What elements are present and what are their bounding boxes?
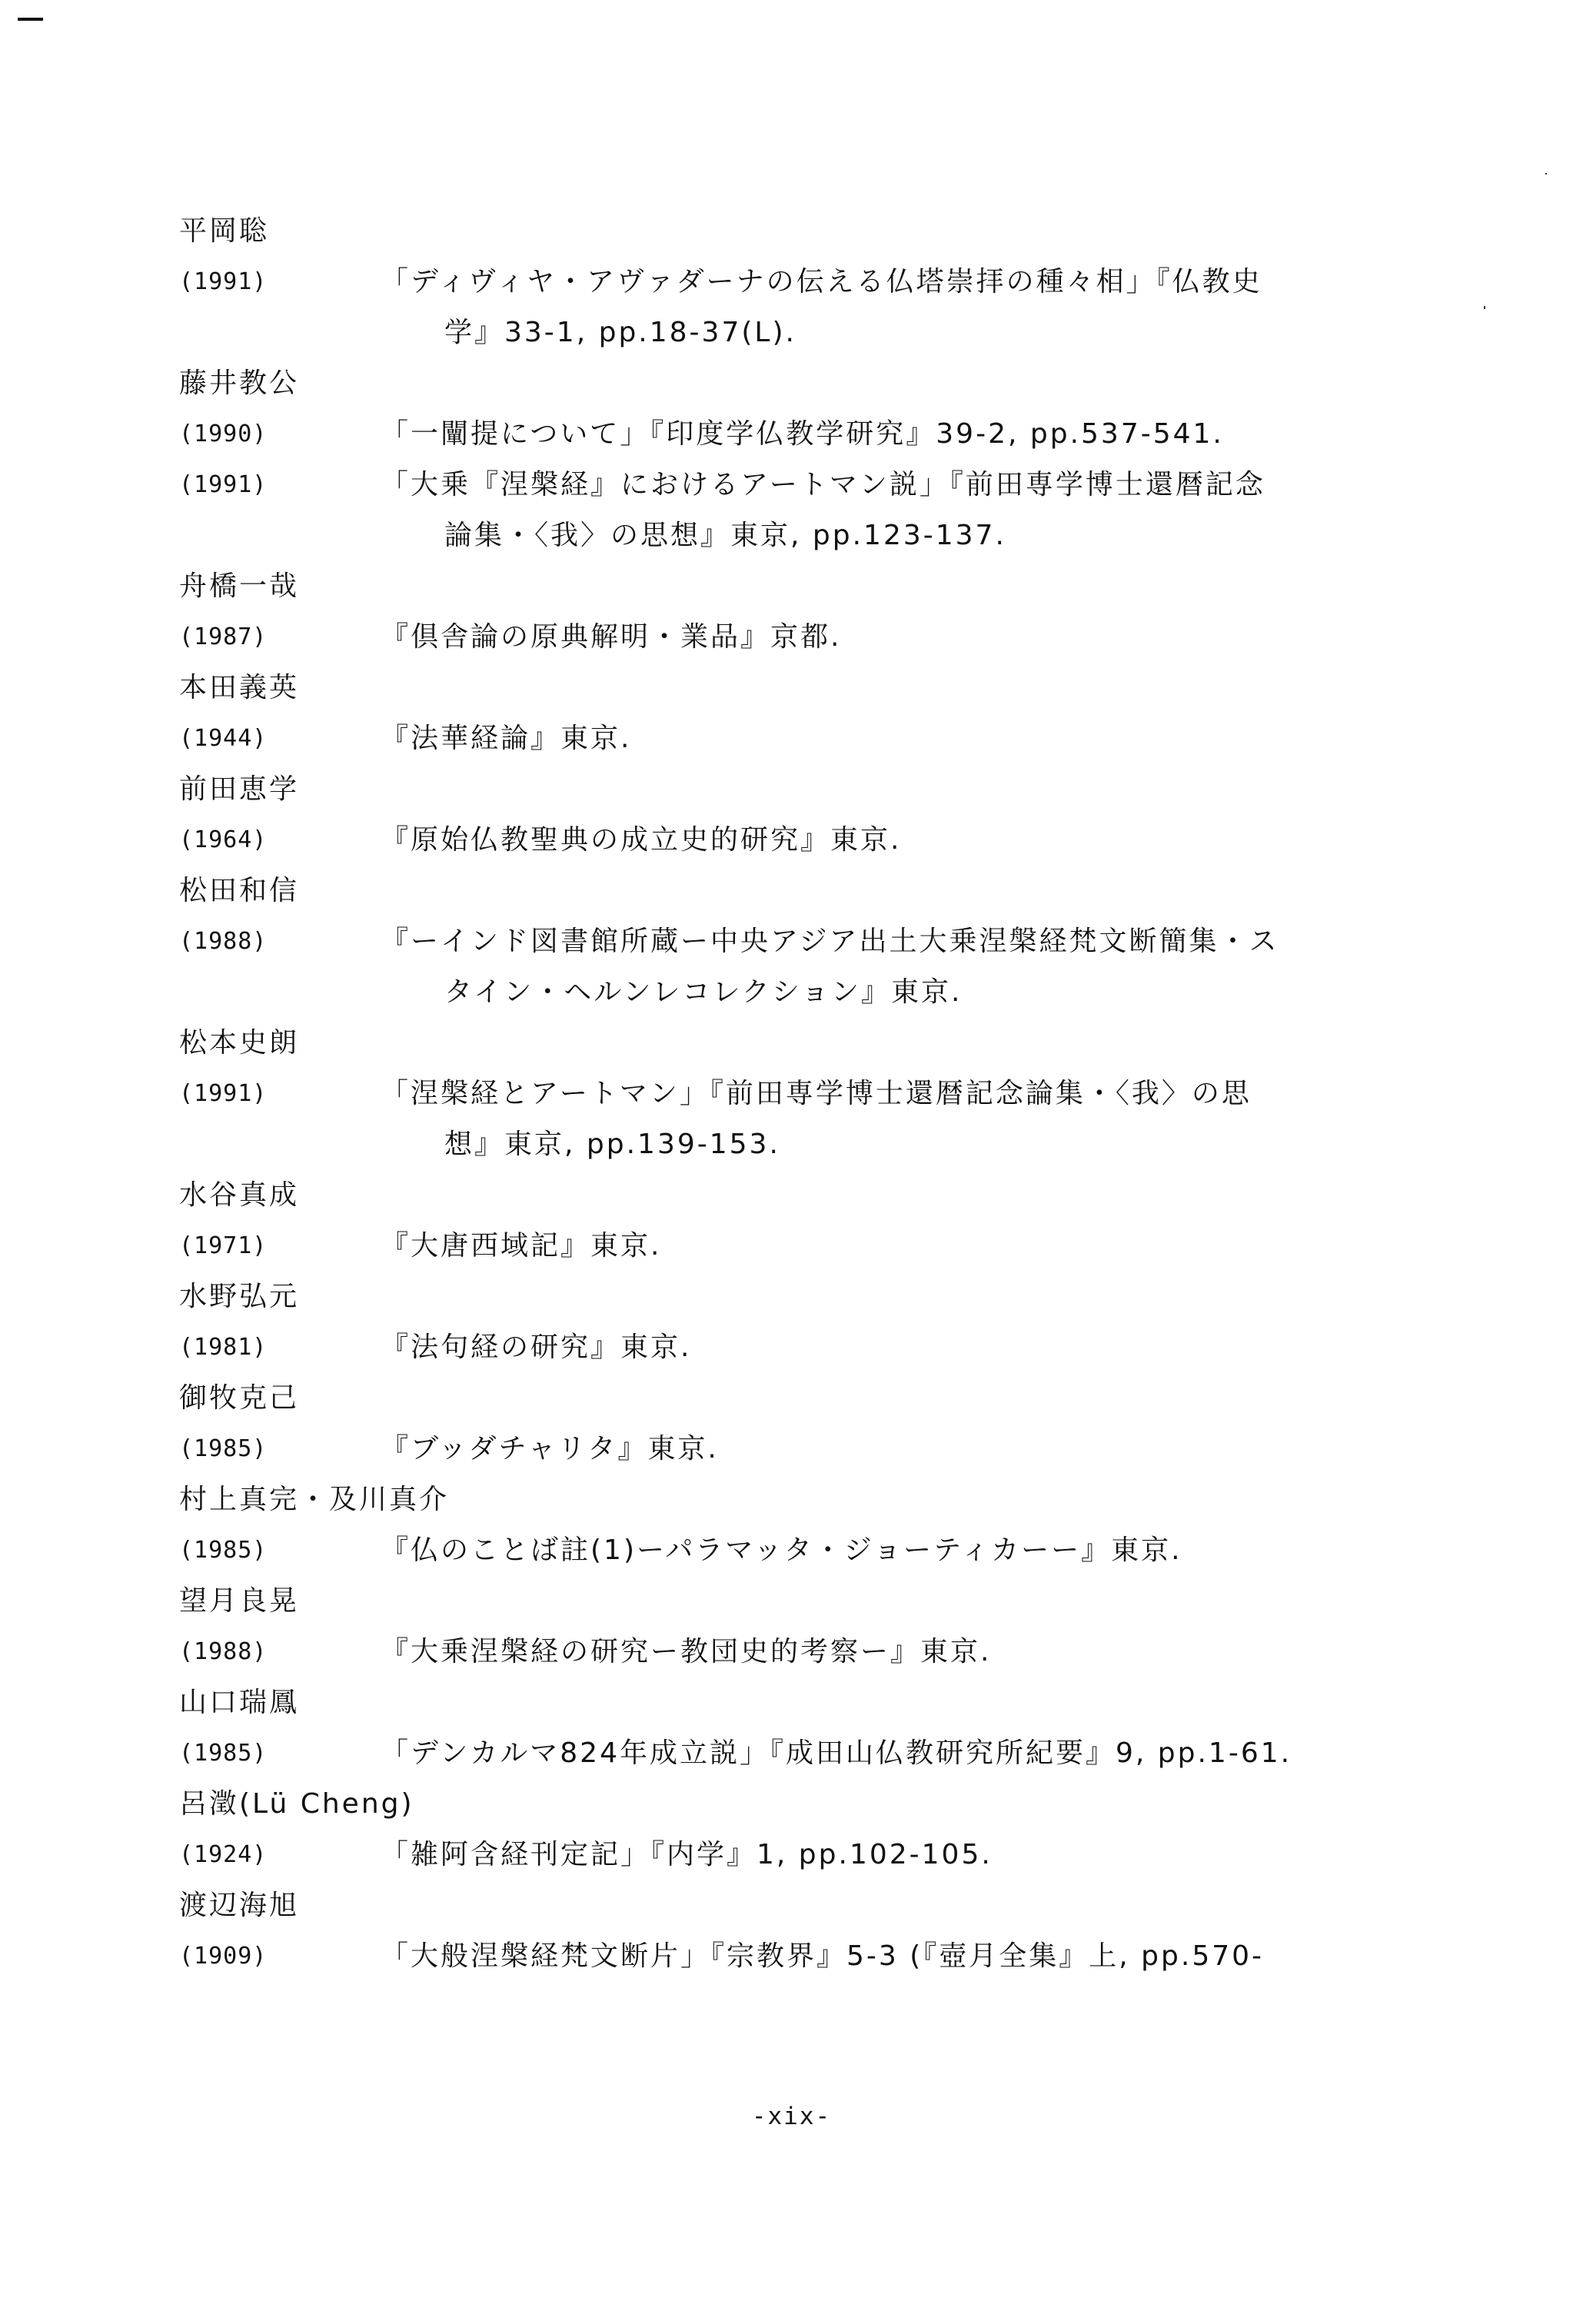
bib-entry: (1924) 「雑阿含経刊定記」『内学』1, pp.102-105. [179, 1830, 1378, 1880]
entry-year: (1944) [179, 713, 381, 764]
entry-text: 「デンカルマ824年成立説」『成田山仏教研究所紀要』9, pp.1-61. [381, 1728, 1292, 1779]
bib-entry: (1991) 「大乗『涅槃経』におけるアートマン説」『前田専学博士還暦記念 [179, 460, 1378, 510]
bib-entry: (1964) 『原始仏教聖典の成立史的研究』東京. [179, 815, 1378, 866]
bib-entry: (1988) 『大乗涅槃経の研究ー教団史的考察ー』東京. [179, 1627, 1378, 1677]
author-name: 藤井教公 [179, 358, 1378, 409]
bib-entry: (1991) 「ディヴィヤ・アヴァダーナの伝える仏塔崇拝の種々相」『仏教史 [179, 257, 1378, 308]
entry-text: 『大乗涅槃経の研究ー教団史的考察ー』東京. [381, 1627, 991, 1677]
entry-year: (1985) [179, 1525, 381, 1576]
entry-continuation: タイン・ヘルンレコレクション』東京. [179, 967, 1378, 1018]
entry-text: 「雑阿含経刊定記」『内学』1, pp.102-105. [381, 1830, 993, 1880]
author-name: 前田恵学 [179, 764, 1378, 815]
bib-entry: (1987) 『倶舎論の原典解明・業品』京都. [179, 612, 1378, 663]
author-name: 御牧克己 [179, 1373, 1378, 1424]
author-name: 水谷真成 [179, 1170, 1378, 1221]
entry-year: (1991) [179, 1069, 381, 1119]
entry-text: 「ディヴィヤ・アヴァダーナの伝える仏塔崇拝の種々相」『仏教史 [381, 257, 1262, 308]
entry-year: (1988) [179, 1627, 381, 1677]
scan-speck [1484, 306, 1485, 309]
author-name: 松田和信 [179, 866, 1378, 916]
scan-speck [1545, 173, 1547, 175]
bib-entry: (1985) 『仏のことば註(1)ーパラマッタ・ジョーティカーー』東京. [179, 1525, 1378, 1576]
bib-entry: (1981) 『法句経の研究』東京. [179, 1322, 1378, 1373]
bib-entry: (1990) 「一闡提について」『印度学仏教学研究』39-2, pp.537-5… [179, 409, 1378, 460]
entry-text: 「大般涅槃経梵文断片」『宗教界』5-3 (『壺月全集』上, pp.570- [381, 1931, 1264, 1982]
entry-year: (1990) [179, 409, 381, 460]
page-number: -xix- [0, 2103, 1583, 2130]
entry-text: 『法華経論』東京. [381, 713, 631, 764]
bib-entry: (1944) 『法華経論』東京. [179, 713, 1378, 764]
entry-year: (1985) [179, 1728, 381, 1779]
author-name: 舟橋一哉 [179, 561, 1378, 612]
bib-entry: (1991) 「涅槃経とアートマン」『前田専学博士還暦記念論集・〈我〉の思 [179, 1069, 1378, 1119]
scan-corner-mark [18, 18, 43, 21]
entry-text: 『倶舎論の原典解明・業品』京都. [381, 612, 841, 663]
entry-text: 『仏のことば註(1)ーパラマッタ・ジョーティカーー』東京. [381, 1525, 1182, 1576]
entry-text: 「涅槃経とアートマン」『前田専学博士還暦記念論集・〈我〉の思 [381, 1069, 1252, 1119]
entry-continuation: 想』東京, pp.139-153. [179, 1119, 1378, 1170]
entry-year: (1981) [179, 1322, 381, 1373]
entry-continuation: 論集・〈我〉の思想』東京, pp.123-137. [179, 510, 1378, 561]
entry-text: 『原始仏教聖典の成立史的研究』東京. [381, 815, 901, 866]
entry-year: (1988) [179, 916, 381, 967]
entry-year: (1909) [179, 1931, 381, 1982]
author-name: 山口瑞鳳 [179, 1677, 1378, 1728]
entry-year: (1964) [179, 815, 381, 866]
author-name: 松本史朗 [179, 1018, 1378, 1069]
bib-entry: (1988) 『ーインド図書館所蔵ー中央アジア出土大乗涅槃経梵文断簡集・ス [179, 916, 1378, 967]
entry-year: (1985) [179, 1424, 381, 1475]
author-name: 水野弘元 [179, 1272, 1378, 1322]
bib-entry: (1909) 「大般涅槃経梵文断片」『宗教界』5-3 (『壺月全集』上, pp.… [179, 1931, 1378, 1982]
bib-entry: (1985) 『ブッダチャリタ』東京. [179, 1424, 1378, 1475]
author-name: 渡辺海旭 [179, 1880, 1378, 1931]
bibliography-list: 平岡聡 (1991) 「ディヴィヤ・アヴァダーナの伝える仏塔崇拝の種々相」『仏教… [179, 206, 1378, 1982]
author-name: 平岡聡 [179, 206, 1378, 257]
entry-text: 「大乗『涅槃経』におけるアートマン説」『前田専学博士還暦記念 [381, 460, 1265, 510]
entry-text: 『大唐西域記』東京. [381, 1221, 661, 1272]
entry-text: 『ブッダチャリタ』東京. [381, 1424, 719, 1475]
bib-entry: (1971) 『大唐西域記』東京. [179, 1221, 1378, 1272]
author-name: 望月良晃 [179, 1576, 1378, 1627]
entry-text: 「一闡提について」『印度学仏教学研究』39-2, pp.537-541. [381, 409, 1224, 460]
entry-year: (1924) [179, 1830, 381, 1880]
entry-continuation: 学』33-1, pp.18-37(L). [179, 308, 1378, 358]
author-name: 村上真完・及川真介 [179, 1475, 1378, 1525]
entry-year: (1971) [179, 1221, 381, 1272]
entry-text: 『法句経の研究』東京. [381, 1322, 691, 1373]
author-name: 本田義英 [179, 663, 1378, 713]
bib-entry: (1985) 「デンカルマ824年成立説」『成田山仏教研究所紀要』9, pp.1… [179, 1728, 1378, 1779]
entry-year: (1991) [179, 257, 381, 308]
entry-year: (1991) [179, 460, 381, 510]
entry-year: (1987) [179, 612, 381, 663]
entry-text: 『ーインド図書館所蔵ー中央アジア出土大乗涅槃経梵文断簡集・ス [381, 916, 1279, 967]
author-name: 呂澂(Lü Cheng) [179, 1779, 1378, 1830]
